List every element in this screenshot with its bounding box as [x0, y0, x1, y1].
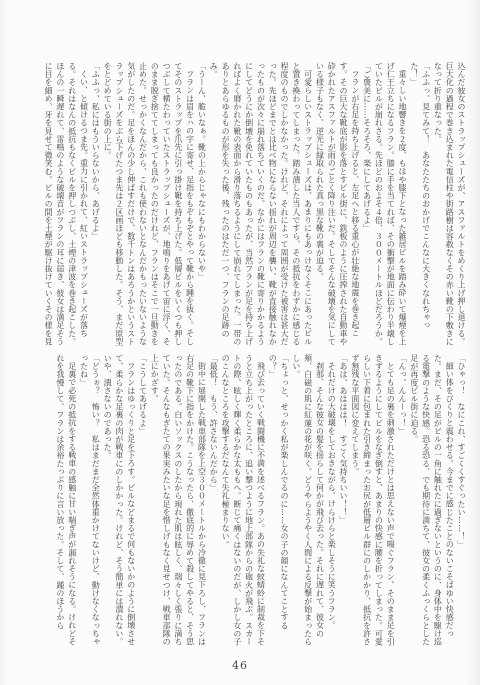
paragraph: 「んっ、んんーっ！」: [396, 354, 408, 646]
paragraph: 細い体をびくりと震わせる。今までに感じたことのないこそばゆい快感だった。まだ、そ…: [408, 354, 455, 646]
paragraph: 「こうしてあげるよ」: [137, 354, 149, 646]
paragraph: 「ひゃっ！ なにこれ、すごくくすぐったい……！」: [455, 354, 467, 646]
paragraph: 街中に展開した戦車部隊を上空３００メートルから冷徹に見下ろし、フランは右足の靴下…: [148, 354, 207, 646]
paragraph: それだけの大破壊をしておきながら、けらけらと楽しそうに笑うフラン。: [325, 354, 337, 646]
paragraph: 飛び去っていく戦闘機に不満を述べるフラン。あの失礼な蚊蜻蛉に制裁を下そうと立ち上…: [219, 354, 266, 646]
upper-text-block: 込んだ彼女のストラップシューズが、アスファルトをめくり上げ押し退ける。巨大化の過…: [43, 62, 467, 346]
paragraph: 可愛らしいストラップシューズは、あまりにもあっけなくそこにあったビルと置き換わっ…: [207, 62, 313, 346]
paragraph: 「ご褒美に……そろそろ、楽にしてあげるよ」: [361, 62, 373, 346]
paragraph: 「どうぉ？ 怖い？ 私はまだまだ全然体重かけてないけど、動けなくなっちゃったね」: [78, 354, 102, 646]
paragraph: 「あは、あははは！ すごく気持ちいい！！」: [337, 354, 349, 646]
paragraph: とても足の裏を刺激されただけとは思えない声で喘ぐフラン。そのまま足を引きずるよう…: [349, 354, 396, 646]
paragraph: 「ちょっと、せっかく私が楽しんでるのに……女の子の顔になんてことするの？」: [266, 354, 290, 646]
paragraph: 刹那、そんな彼女の髪を揺らして何かが飛び去った。それに遅れて、彼女の頬、白磁の肌…: [290, 354, 325, 646]
paragraph: 「最低！ もう、許さないんだから」: [207, 354, 219, 646]
paragraph: 「うーん、脆いなぁ。靴の上からじゃなにもわからないや」: [196, 62, 208, 346]
lower-text-block: 「ひゃっ！ なにこれ、すごくくすぐったい……！」細い体をびくりと震わせる。今まで…: [43, 354, 467, 646]
scanned-novel-page: 込んだ彼女のストラップシューズが、アスファルトをめくり上げ押し退ける。巨大化の過…: [0, 0, 480, 685]
paragraph: フランはゆっくりと足を下ろす。ビルなどまるで何もないかのように倒壊させて、柔らか…: [101, 354, 136, 646]
paragraph: 込んだ彼女のストラップシューズが、アスファルトをめくり上げ押し退ける。巨大化の過…: [432, 62, 467, 346]
paragraph: 「ふふっ、私にはもういらないから、あげるよ」: [90, 62, 102, 346]
paragraph: 足裏で必死の抵抗をする戦車の感触に甘い喘ぎ声が漏れそうになる。けれどそれを我慢し…: [54, 354, 78, 646]
paragraph: フランが右足を持ち上げると、左足へと移る重心が壮絶な地震を巻き起こす。その巨大な…: [314, 62, 361, 346]
page-number: 46: [0, 659, 480, 672]
paragraph: フランは眉をハの字に寄せ、足指をもぞもぞとやって靴から踵を抜く。そしてそのストラ…: [101, 62, 195, 346]
paragraph: 「ふふっ、見てみて！ あなたたちのおかげでこんなに大きくなれちゃった！」: [408, 62, 432, 346]
paragraph: 重々しい地響きを２度、もはや膝下となった雑居ビルを踏み砕いて爆煙を上げ仁王立ちに…: [373, 62, 408, 346]
paragraph: くい、と傾けるつま先。重力に引かれて、紅いストラップシューズが落ちる。それはなん…: [43, 62, 90, 346]
